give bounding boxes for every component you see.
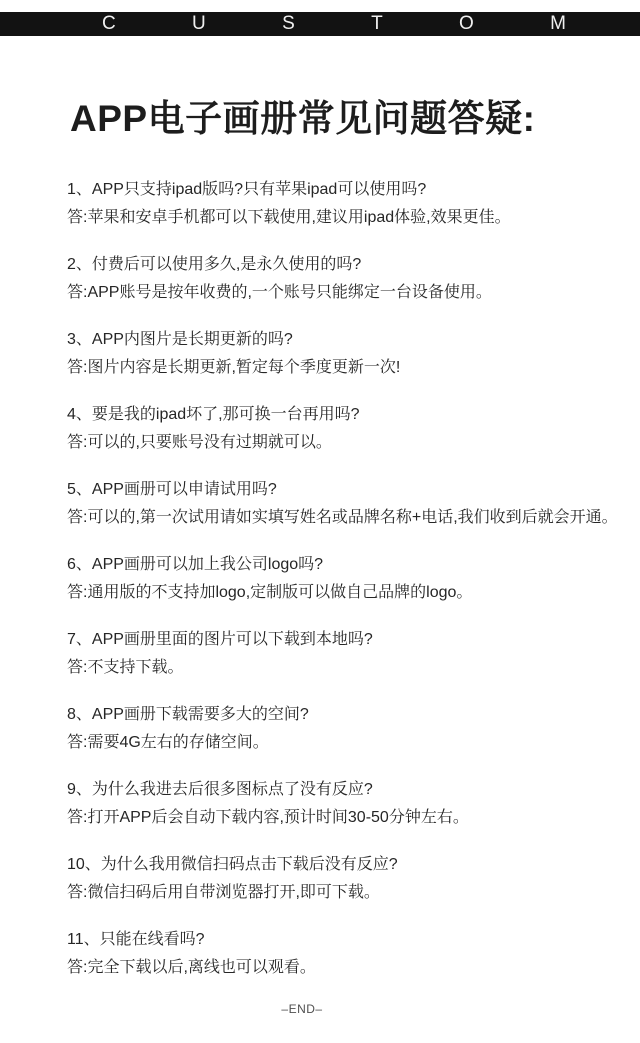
faq-answer: 答:通用版的不支持加logo,定制版可以做自己品牌的logo。 — [67, 579, 620, 607]
faq-answer: 答:微信扫码后用自带浏览器打开,即可下载。 — [67, 879, 620, 907]
brand-letter: S — [282, 12, 295, 36]
faq-question: 11、只能在线看吗? — [67, 926, 620, 954]
faq-answer: 答:需要4G左右的存储空间。 — [67, 729, 620, 757]
faq-item: 2、付费后可以使用多久,是永久使用的吗? 答:APP账号是按年收费的,一个账号只… — [67, 251, 620, 307]
faq-item: 10、为什么我用微信扫码点击下载后没有反应? 答:微信扫码后用自带浏览器打开,即… — [67, 851, 620, 907]
faq-question: 6、APP画册可以加上我公司logo吗? — [67, 551, 620, 579]
faq-question: 7、APP画册里面的图片可以下载到本地吗? — [67, 626, 620, 654]
faq-item: 11、只能在线看吗? 答:完全下载以后,离线也可以观看。 — [67, 926, 620, 982]
faq-question: 2、付费后可以使用多久,是永久使用的吗? — [67, 251, 620, 279]
faq-page: { "header": { "letters": ["C", "U", "S",… — [0, 0, 640, 1043]
faq-answer: 答:不支持下载。 — [67, 654, 620, 682]
faq-question: 3、APP内图片是长期更新的吗? — [67, 326, 620, 354]
brand-letter: O — [459, 12, 474, 36]
faq-item: 6、APP画册可以加上我公司logo吗? 答:通用版的不支持加logo,定制版可… — [67, 551, 620, 607]
faq-answer: 答:图片内容是长期更新,暂定每个季度更新一次! — [67, 354, 620, 382]
faq-question: 9、为什么我进去后很多图标点了没有反应? — [67, 776, 620, 804]
brand-letter: U — [192, 12, 206, 36]
brand-letter: M — [550, 12, 566, 36]
faq-list: 1、APP只支持ipad版吗?只有苹果ipad可以使用吗? 答:苹果和安卓手机都… — [0, 176, 640, 982]
page-title: APP电子画册常见问题答疑: — [70, 95, 640, 143]
faq-question: 8、APP画册下载需要多大的空间? — [67, 701, 620, 729]
faq-question: 1、APP只支持ipad版吗?只有苹果ipad可以使用吗? — [67, 176, 620, 204]
top-white-strip — [0, 0, 640, 12]
faq-answer: 答:可以的,只要账号没有过期就可以。 — [67, 429, 620, 457]
faq-question: 5、APP画册可以申请试用吗? — [67, 476, 620, 504]
faq-item: 4、要是我的ipad坏了,那可换一台再用吗? 答:可以的,只要账号没有过期就可以… — [67, 401, 620, 457]
faq-item: 8、APP画册下载需要多大的空间? 答:需要4G左右的存储空间。 — [67, 701, 620, 757]
faq-item: 5、APP画册可以申请试用吗? 答:可以的,第一次试用请如实填写姓名或品牌名称+… — [67, 476, 620, 532]
faq-answer: 答:可以的,第一次试用请如实填写姓名或品牌名称+电话,我们收到后就会开通。 — [67, 504, 620, 532]
faq-item: 1、APP只支持ipad版吗?只有苹果ipad可以使用吗? 答:苹果和安卓手机都… — [67, 176, 620, 232]
brand-letter: T — [371, 12, 383, 36]
faq-answer: 答:APP账号是按年收费的,一个账号只能绑定一台设备使用。 — [67, 279, 620, 307]
faq-item: 7、APP画册里面的图片可以下载到本地吗? 答:不支持下载。 — [67, 626, 620, 682]
faq-answer: 答:苹果和安卓手机都可以下载使用,建议用ipad体验,效果更佳。 — [67, 204, 620, 232]
brand-letter: C — [102, 12, 116, 36]
faq-question: 4、要是我的ipad坏了,那可换一台再用吗? — [67, 401, 620, 429]
faq-answer: 答:打开APP后会自动下载内容,预计时间30-50分钟左右。 — [67, 804, 620, 832]
faq-item: 3、APP内图片是长期更新的吗? 答:图片内容是长期更新,暂定每个季度更新一次! — [67, 326, 620, 382]
end-marker: –END– — [0, 1001, 604, 1017]
brand-bar: C U S T O M — [0, 12, 640, 36]
faq-question: 10、为什么我用微信扫码点击下载后没有反应? — [67, 851, 620, 879]
faq-item: 9、为什么我进去后很多图标点了没有反应? 答:打开APP后会自动下载内容,预计时… — [67, 776, 620, 832]
faq-answer: 答:完全下载以后,离线也可以观看。 — [67, 954, 620, 982]
